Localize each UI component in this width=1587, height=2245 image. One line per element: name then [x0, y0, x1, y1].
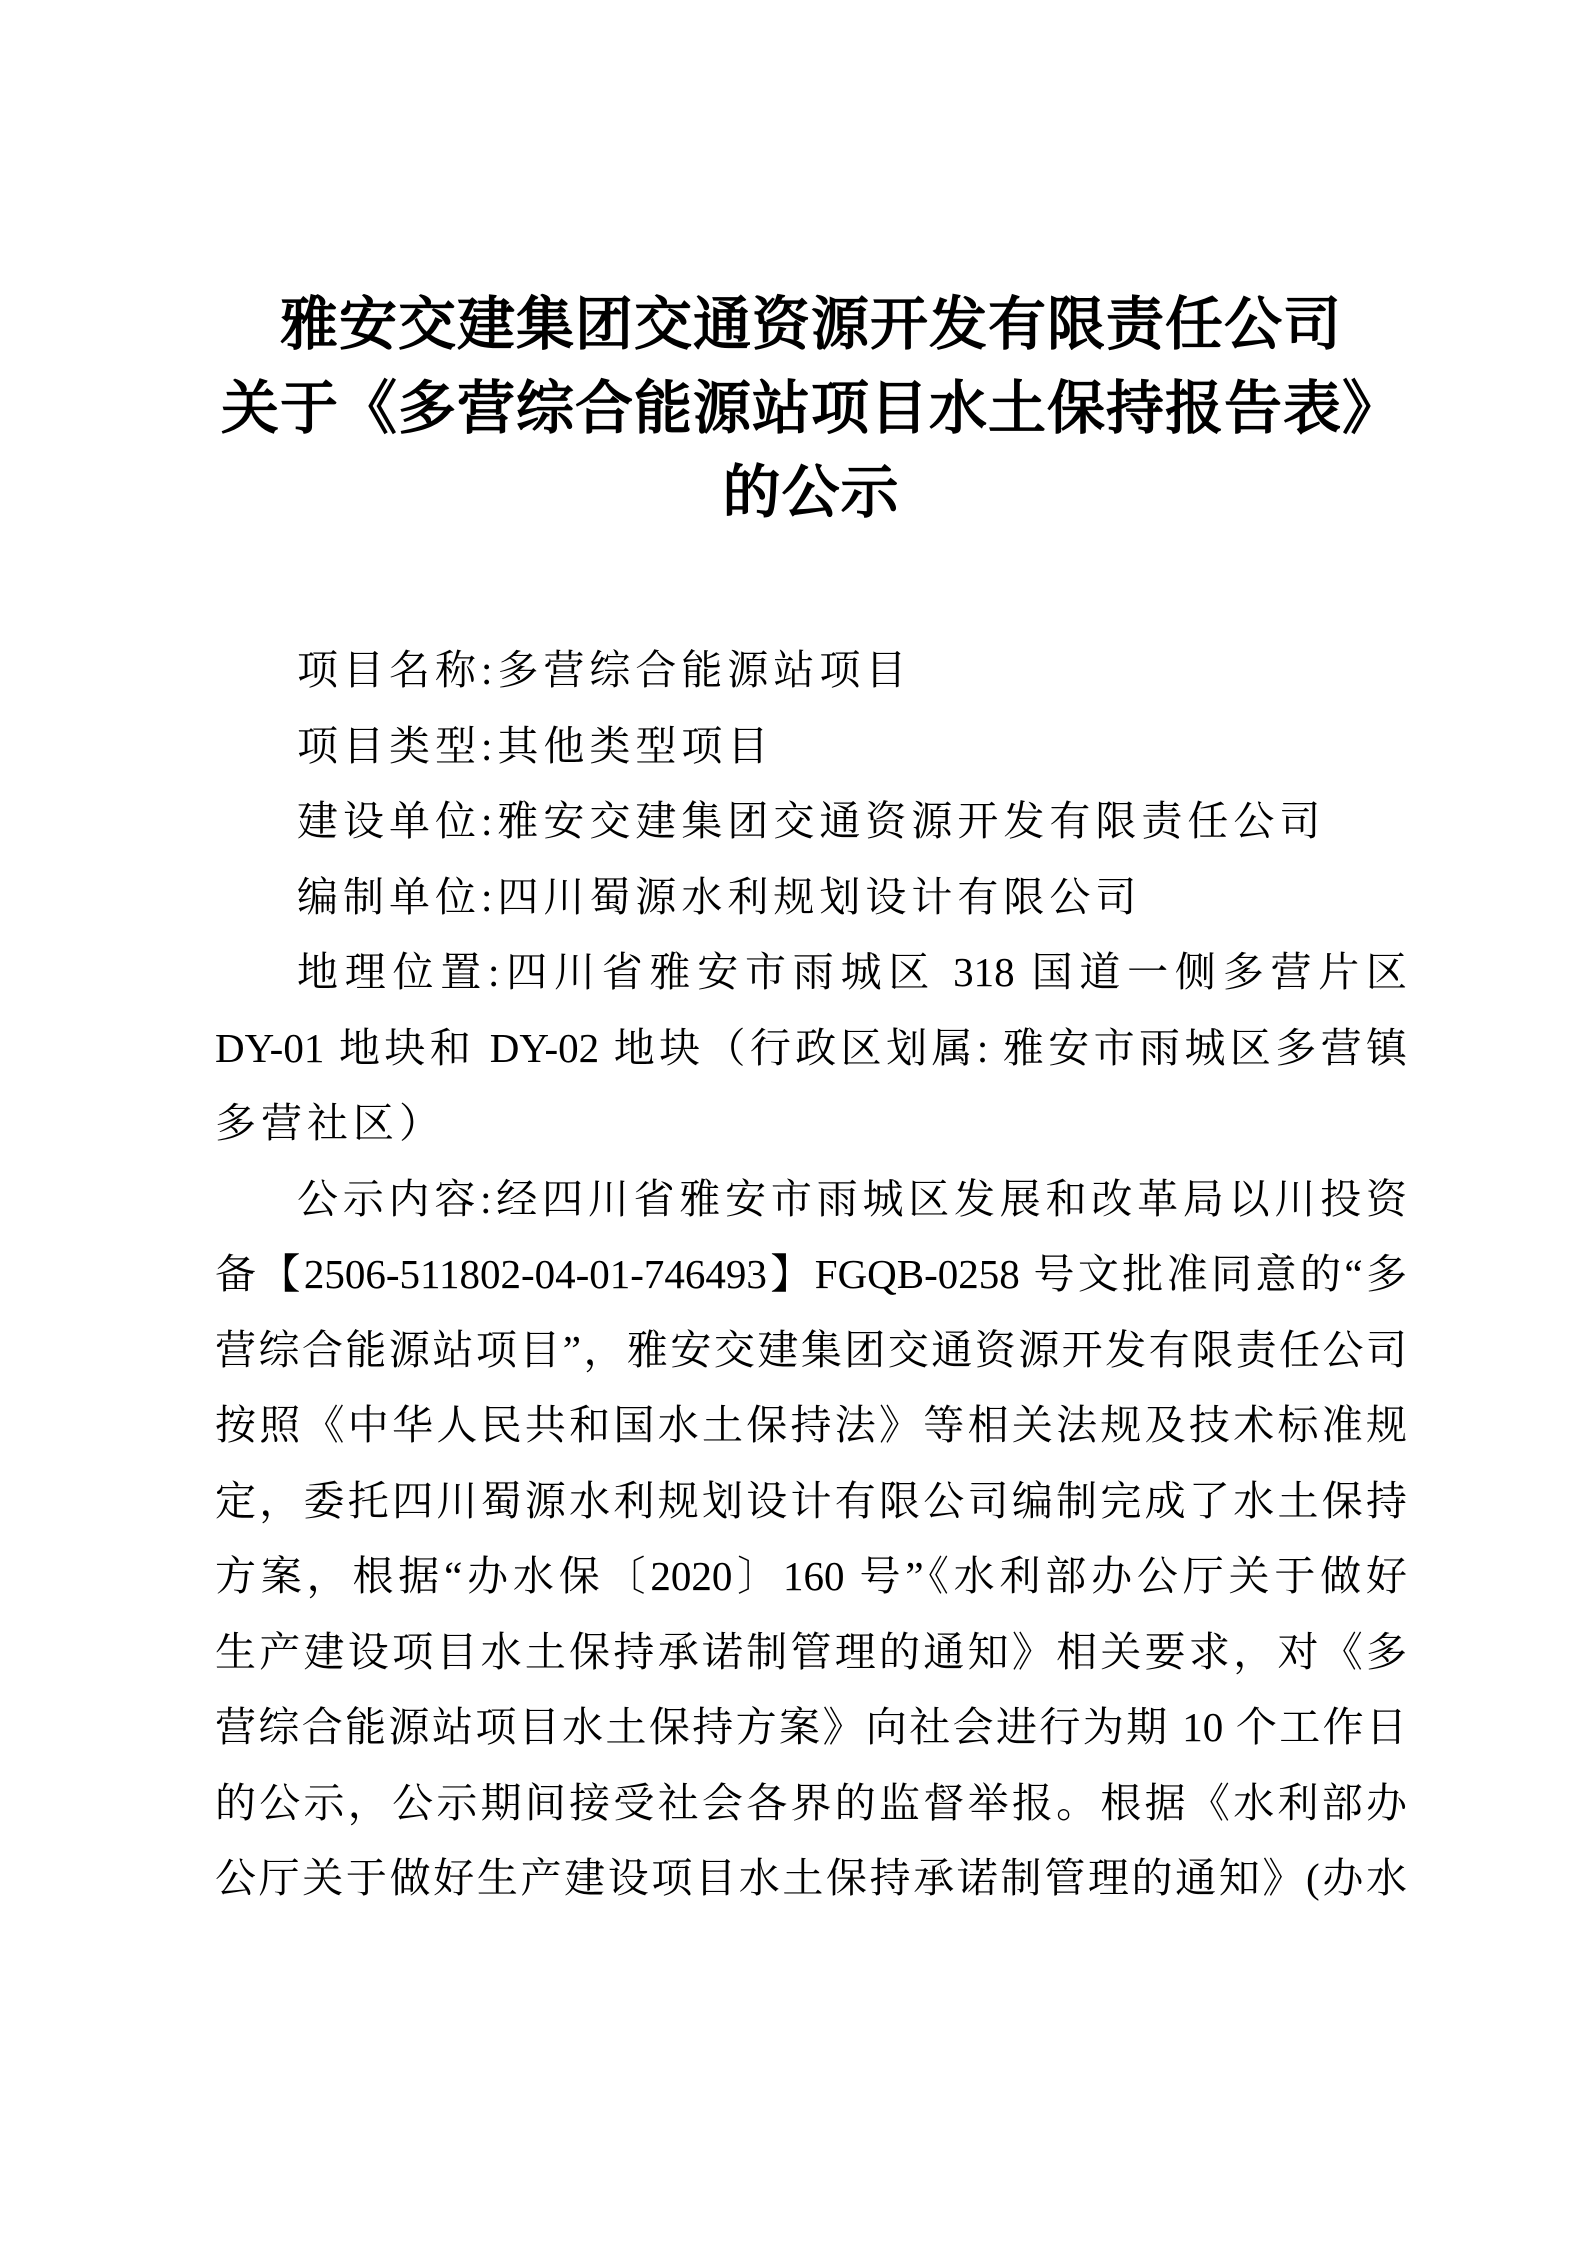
body-line-location-2: DY-01 地块和 DY-02 地块（行政区划属: 雅安市雨城区多营镇 [215, 1011, 1407, 1087]
body-line-project-name: 项目名称:多营综合能源站项目 [215, 633, 1407, 709]
body-line-project-type: 项目类型:其他类型项目 [215, 709, 1407, 785]
title-line-1: 雅安交建集团交通资源开发有限责任公司 [215, 283, 1407, 367]
body-line-content-5: 定，委托四川蜀源水利规划设计有限公司编制完成了水土保持 [215, 1464, 1407, 1540]
document-page: 雅安交建集团交通资源开发有限责任公司 关于《多营综合能源站项目水土保持报告表》 … [0, 0, 1587, 2245]
body-line-content-10: 公厅关于做好生产建设项目水土保持承诺制管理的通知》(办水 [215, 1841, 1407, 1917]
body-line-content-3: 营综合能源站项目”，雅安交建集团交通资源开发有限责任公司 [215, 1313, 1407, 1389]
body-line-content-6: 方案，根据“办水保〔2020〕160 号”《水利部办公厅关于做好 [215, 1539, 1407, 1615]
body-line-content-7: 生产建设项目水土保持承诺制管理的通知》相关要求，对《多 [215, 1615, 1407, 1691]
body-line-compiling-unit: 编制单位:四川蜀源水利规划设计有限公司 [215, 860, 1407, 936]
body-line-location-3: 多营社区） [215, 1086, 1407, 1162]
body-line-content-8: 营综合能源站项目水土保持方案》向社会进行为期 10 个工作日 [215, 1690, 1407, 1766]
document-title: 雅安交建集团交通资源开发有限责任公司 关于《多营综合能源站项目水土保持报告表》 … [215, 283, 1407, 535]
document-body: 项目名称:多营综合能源站项目 项目类型:其他类型项目 建设单位:雅安交建集团交通… [215, 633, 1407, 1917]
body-line-content-2: 备【2506-511802-04-01-746493】FGQB-0258 号文批… [215, 1237, 1407, 1313]
title-line-2: 关于《多营综合能源站项目水土保持报告表》 [215, 367, 1407, 451]
body-line-content-4: 按照《中华人民共和国水土保持法》等相关法规及技术标准规 [215, 1388, 1407, 1464]
body-line-content-1: 公示内容:经四川省雅安市雨城区发展和改革局以川投资 [215, 1162, 1407, 1238]
title-line-3: 的公示 [215, 451, 1407, 535]
body-line-content-9: 的公示，公示期间接受社会各界的监督举报。根据《水利部办 [215, 1766, 1407, 1842]
body-line-construction-unit: 建设单位:雅安交建集团交通资源开发有限责任公司 [215, 784, 1407, 860]
body-line-location-1: 地理位置:四川省雅安市雨城区 318 国道一侧多营片区 [215, 935, 1407, 1011]
